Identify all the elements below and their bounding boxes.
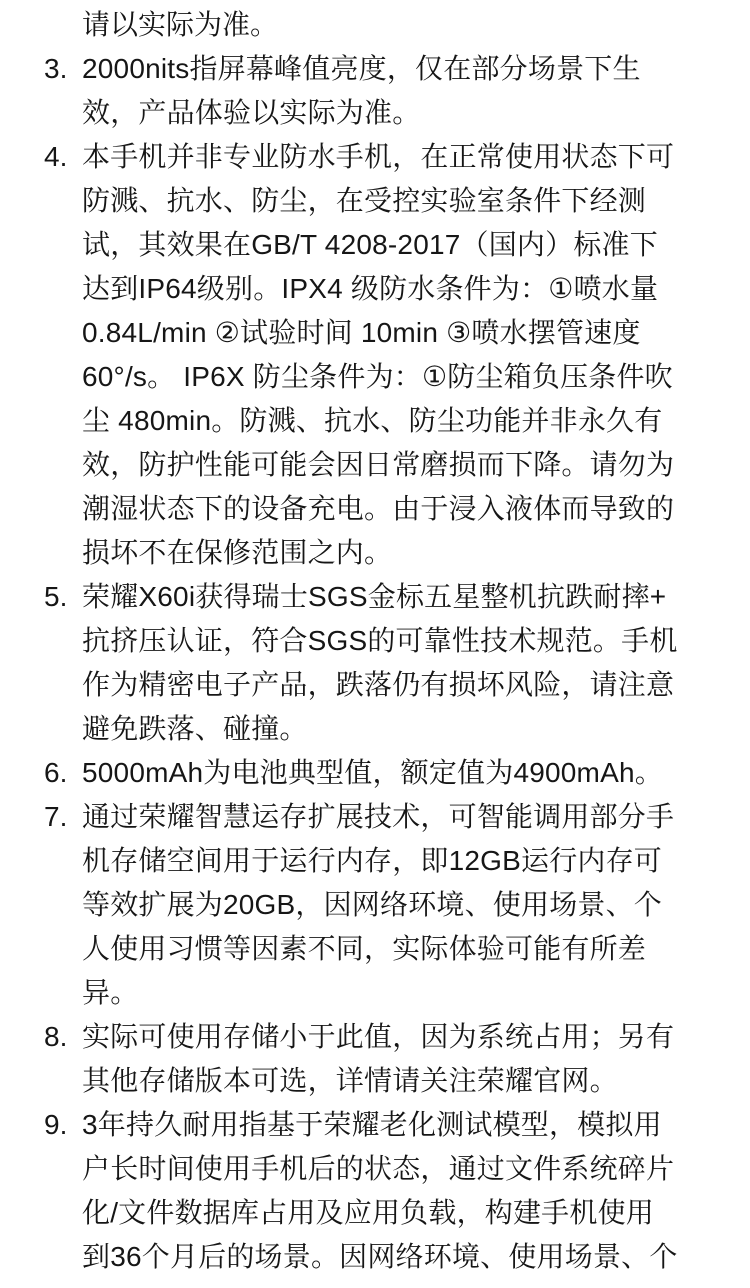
footnote-line: 化/文件数据库占用及应用负载，构建手机使用: [82, 1191, 750, 1235]
footnote-line: 效，防护性能可能会因日常磨损而下降。请勿为: [82, 443, 750, 487]
footnote-line: 尘 480min。防溅、抗水、防尘功能并非永久有: [82, 399, 750, 443]
footnote-line: 人使用习惯等因素不同，实际体验可能有所差: [82, 927, 750, 971]
footnote-line: 通过荣耀智慧运存扩展技术，可智能调用部分手: [82, 795, 750, 839]
footnote-item-9: 9.3年持久耐用指基于荣耀老化测试模型，模拟用户长时间使用手机后的状态，通过文件…: [0, 1103, 750, 1279]
footnote-line: 户长时间使用手机后的状态，通过文件系统碎片: [82, 1147, 750, 1191]
footnote-line: 潮湿状态下的设备充电。由于浸入液体而导致的: [82, 487, 750, 531]
footnote-item-7: 7.通过荣耀智慧运存扩展技术，可智能调用部分手机存储空间用于运行内存，即12GB…: [0, 795, 750, 1015]
footnote-line: 防溅、抗水、防尘，在受控实验室条件下经测: [82, 179, 750, 223]
footnote-item-5: 5.荣耀X60i获得瑞士SGS金标五星整机抗跌耐摔+抗挤压认证，符合SGS的可靠…: [0, 575, 750, 751]
footnote-item-6: 6.5000mAh为电池典型值，额定值为4900mAh。: [0, 751, 750, 795]
footnote-item-3: 3.2000nits指屏幕峰值亮度，仅在部分场景下生效，产品体验以实际为准。: [0, 47, 750, 135]
footnote-line: 机存储空间用于运行内存，即12GB运行内存可: [82, 839, 750, 883]
footnote-line: 实际可使用存储小于此值，因为系统占用；另有: [82, 1015, 750, 1059]
footnote-line: 本手机并非专业防水手机，在正常使用状态下可: [82, 135, 750, 179]
footnote-number: 6.: [44, 751, 82, 795]
footnote-line: 0.84L/min ②试验时间 10min ③喷水摆管速度: [82, 311, 750, 355]
footnote-list: 3.2000nits指屏幕峰值亮度，仅在部分场景下生效，产品体验以实际为准。4.…: [0, 47, 750, 1279]
footnote-line: 荣耀X60i获得瑞士SGS金标五星整机抗跌耐摔+: [82, 575, 750, 619]
footnote-number: 4.: [44, 135, 82, 179]
footnote-line: 作为精密电子产品，跌落仍有损坏风险，请注意: [82, 663, 750, 707]
footnote-continuation-line: 请以实际为准。: [0, 3, 750, 47]
footnote-number: 8.: [44, 1015, 82, 1059]
footnote-item-8: 8.实际可使用存储小于此值，因为系统占用；另有其他存储版本可选，详情请关注荣耀官…: [0, 1015, 750, 1103]
footnote-line: 损坏不在保修范围之内。: [82, 531, 750, 575]
footnote-line: 效，产品体验以实际为准。: [82, 91, 750, 135]
footnote-item-4: 4.本手机并非专业防水手机，在正常使用状态下可防溅、抗水、防尘，在受控实验室条件…: [0, 135, 750, 575]
footnote-line: 试，其效果在GB/T 4208-2017（国内）标准下: [82, 223, 750, 267]
footnote-line: 抗挤压认证，符合SGS的可靠性技术规范。手机: [82, 619, 750, 663]
footnote-line: 2000nits指屏幕峰值亮度，仅在部分场景下生: [82, 47, 750, 91]
footnote-line: 异。: [82, 971, 750, 1015]
footnote-line: 其他存储版本可选，详情请关注荣耀官网。: [82, 1059, 750, 1103]
footnote-line: 等效扩展为20GB，因网络环境、使用场景、个: [82, 883, 750, 927]
footnote-number: 3.: [44, 47, 82, 91]
footnote-line: 60°/s。 IP6X 防尘条件为：①防尘箱负压条件吹: [82, 355, 750, 399]
footnote-number: 5.: [44, 575, 82, 619]
footnote-line: 避免跌落、碰撞。: [82, 707, 750, 751]
footnote-line: 5000mAh为电池典型值，额定值为4900mAh。: [82, 751, 750, 795]
disclaimer-page: 请以实际为准。 3.2000nits指屏幕峰值亮度，仅在部分场景下生效，产品体验…: [0, 0, 750, 1288]
footnote-number: 7.: [44, 795, 82, 839]
footnote-line: 到36个月后的场景。因网络环境、使用场景、个: [82, 1235, 750, 1279]
footnote-line: 达到IP64级别。IPX4 级防水条件为：①喷水量: [82, 267, 750, 311]
footnote-line: 3年持久耐用指基于荣耀老化测试模型，模拟用: [82, 1103, 750, 1147]
footnote-number: 9.: [44, 1103, 82, 1147]
